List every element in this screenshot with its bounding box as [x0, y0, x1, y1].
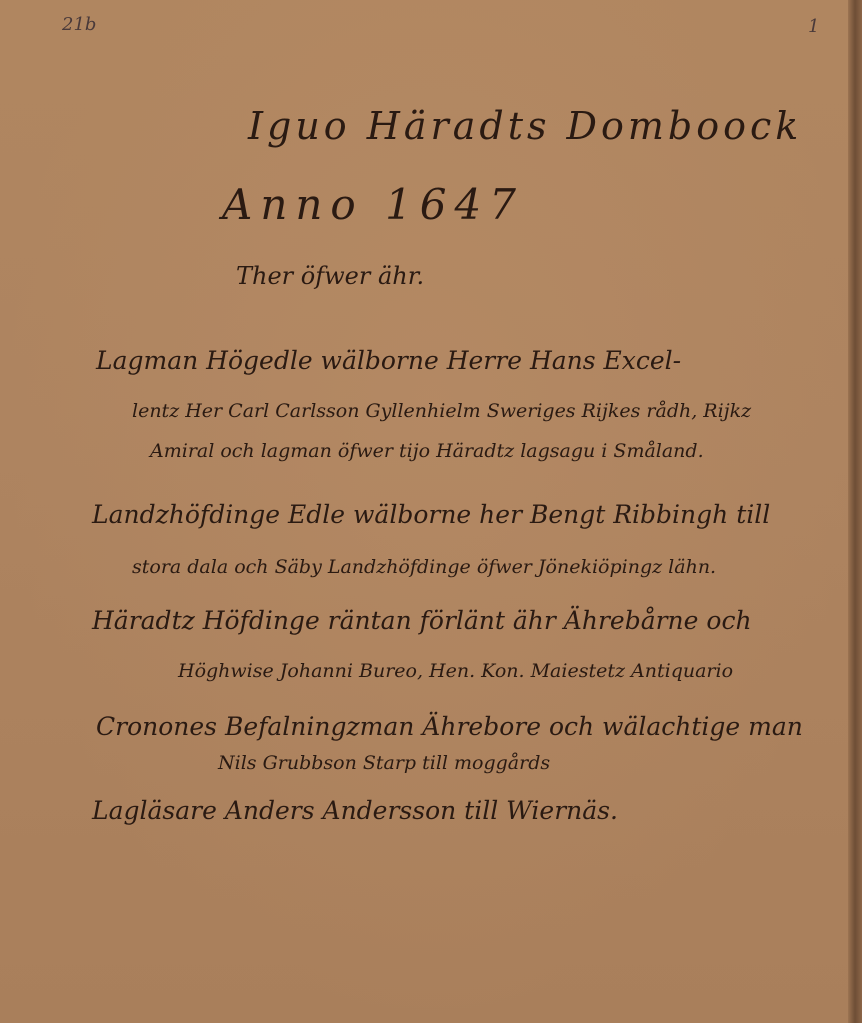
- entry-line: Nils Grubbson Starp till moggårds: [218, 752, 550, 774]
- entry-line: lentz Her Carl Carlsson Gyllenhielm Swer…: [132, 400, 751, 422]
- folio-number-right: 1: [808, 16, 819, 37]
- entry-line: Häradtz Höfdinge räntan förlänt ähr Ähre…: [92, 606, 752, 635]
- manuscript-page: 21b 1 Iguo Häradts Domboock Anno 1647 Th…: [0, 0, 862, 1023]
- entry-line: Lagläsare Anders Andersson till Wiernäs.: [92, 796, 618, 825]
- page-title: Iguo Häradts Domboock: [248, 104, 802, 148]
- entry-line: stora dala och Säby Landzhöfdinge öfwer …: [132, 556, 716, 578]
- entry-line: Höghwise Johanni Bureo, Hen. Kon. Maiest…: [178, 660, 733, 682]
- page-year: Anno 1647: [222, 180, 524, 229]
- folio-number-left: 21b: [62, 14, 96, 35]
- page-subtitle: Ther öfwer ähr.: [236, 262, 424, 290]
- entry-line: Landzhöfdinge Edle wälborne her Bengt Ri…: [92, 500, 770, 529]
- entry-line: Lagman Högedle wälborne Herre Hans Excel…: [96, 346, 681, 375]
- book-spine-edge: [848, 0, 862, 1023]
- entry-line: Amiral och lagman öfwer tijo Häradtz lag…: [150, 440, 704, 462]
- entry-line: Cronones Befalningzman Ährebore och wäla…: [96, 712, 803, 741]
